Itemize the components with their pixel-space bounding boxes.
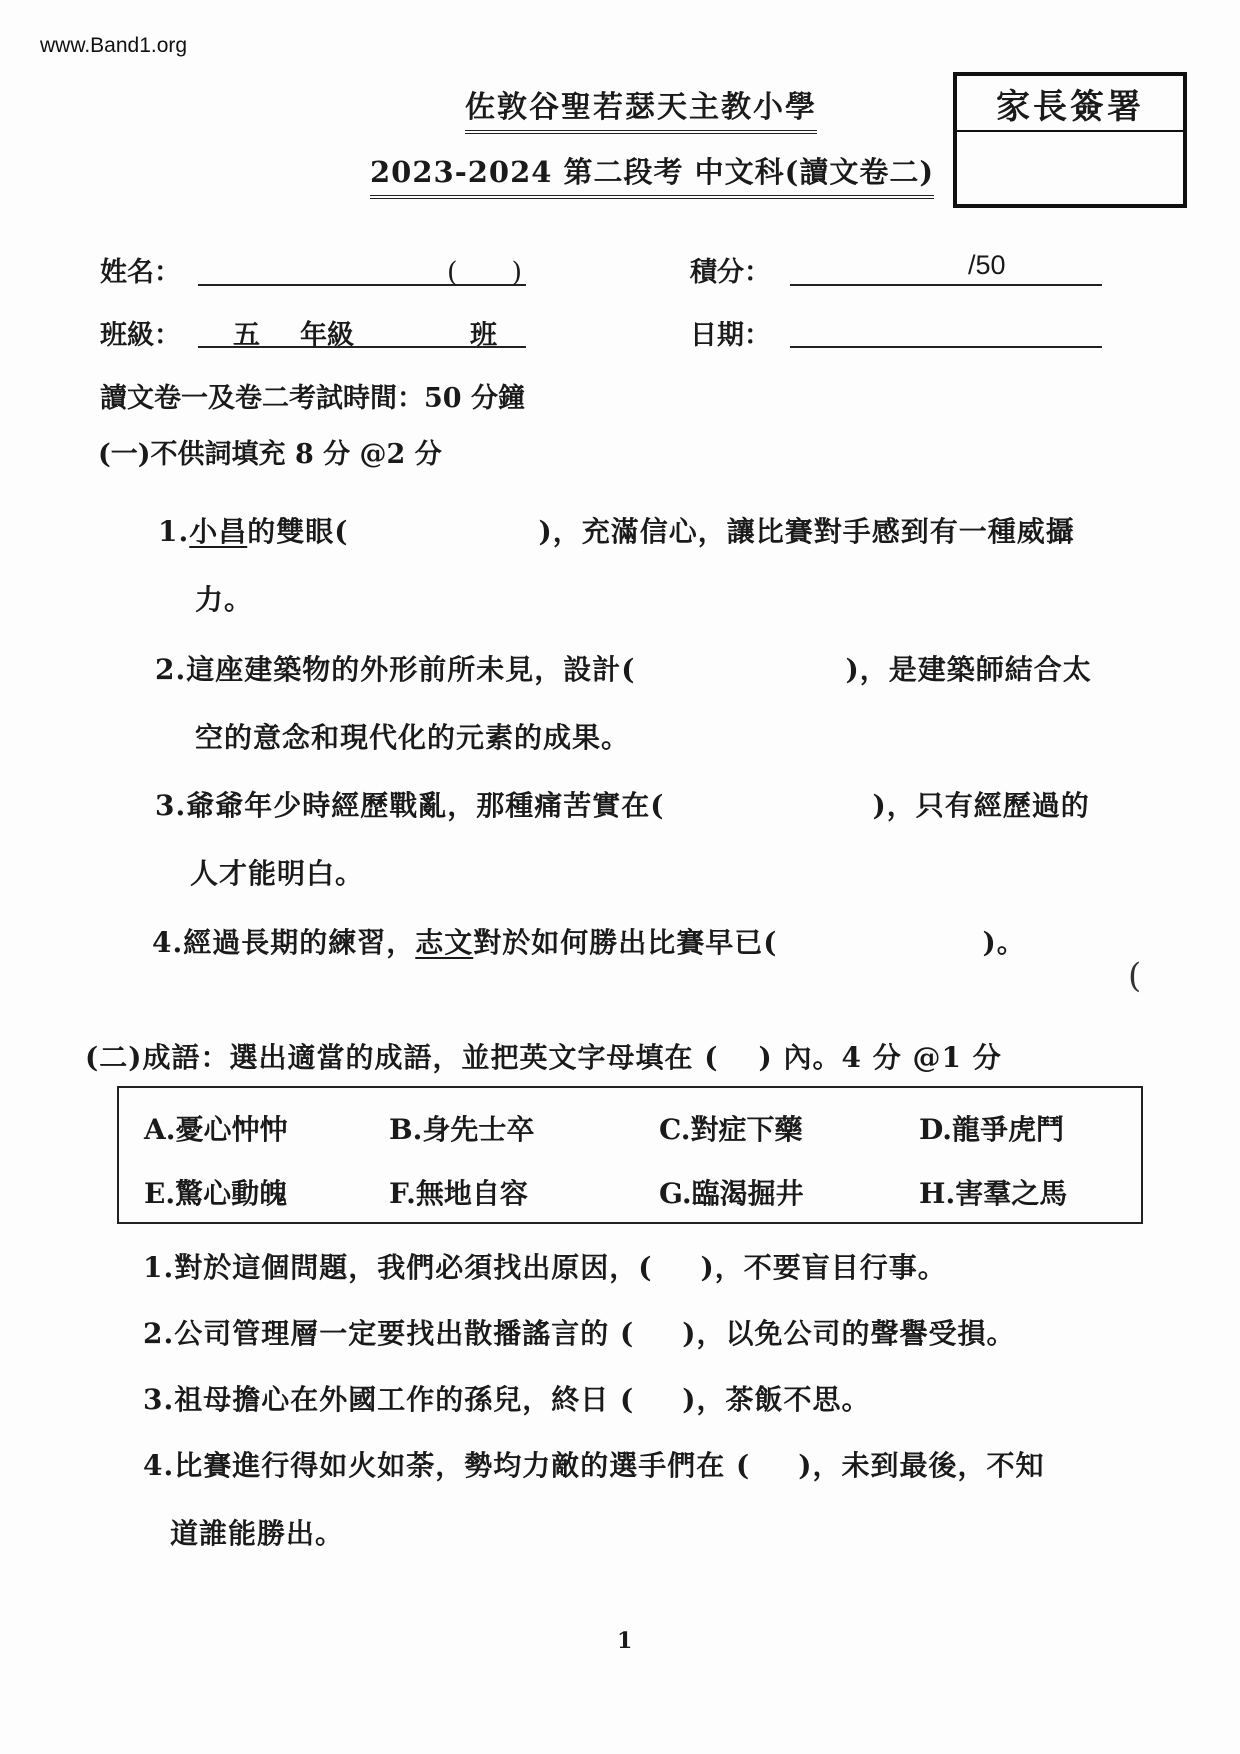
date-label: 日期：: [690, 313, 771, 352]
s1-question-2: 2.這座建築物的外形前所未見，設計()，是建築師結合太: [155, 648, 1092, 688]
exam-title: 2023-2024 第二段考 中文科(讀文卷二): [370, 150, 934, 199]
class-number-brackets: ( ): [447, 250, 522, 289]
stray-bracket-mark: (: [1128, 956, 1141, 996]
idiom-option-b: B.身先士卒: [389, 1108, 534, 1148]
class-grade: 五: [233, 313, 260, 352]
class-suffix: 班: [470, 313, 497, 352]
score-label: 積分：: [690, 250, 771, 289]
s2-question-3: 3.祖母擔心在外國工作的孫兒，終日 ()，茶飯不思。: [143, 1378, 870, 1418]
score-field[interactable]: [790, 254, 1102, 286]
idiom-option-f: F.無地自容: [389, 1172, 528, 1212]
underlined-name: 志文: [415, 926, 473, 959]
s2-question-4: 4.比賽進行得如火如荼，勢均力敵的選手們在 ()，未到最後，不知: [143, 1444, 1044, 1484]
s1-question-1-cont: 力。: [195, 578, 253, 618]
name-label: 姓名：: [100, 250, 181, 289]
idiom-option-a: A.憂心忡忡: [144, 1108, 288, 1148]
s1-question-1: 1.小昌的雙眼()，充滿信心，讓比賽對手感到有一種威攝: [158, 510, 1075, 550]
class-label: 班級：: [100, 313, 181, 352]
exam-time: 讀文卷一及卷二考試時間：50 分鐘: [100, 376, 525, 415]
school-name: 佐敦谷聖若瑟天主教小學: [465, 82, 817, 134]
section2-heading: (二)成語：選出適當的成語，並把英文字母填在 () 內。4 分 @1 分: [85, 1036, 1002, 1076]
watermark: www.Band1.org: [40, 34, 187, 58]
parent-signature-box: 家長簽署: [953, 72, 1187, 208]
s1-question-4: 4.經過長期的練習，志文對於如何勝出比賽早已()。: [152, 921, 1026, 961]
idiom-option-h: H.害羣之馬: [919, 1172, 1067, 1212]
idiom-option-d: D.龍爭虎鬥: [919, 1108, 1064, 1148]
idiom-option-g: G.臨渴掘井: [659, 1172, 804, 1212]
section1-heading: (一)不供詞填充 8 分 @2 分: [98, 432, 442, 471]
class-grade-suffix: 年級: [300, 313, 354, 352]
idiom-options-box: A.憂心忡忡 B.身先士卒 C.對症下藥 D.龍爭虎鬥 E.驚心動魄 F.無地自…: [117, 1086, 1143, 1224]
idiom-option-c: C.對症下藥: [659, 1108, 803, 1148]
s1-question-3: 3.爺爺年少時經歷戰亂，那種痛苦實在()，只有經歷過的: [155, 784, 1090, 824]
s1-question-3-cont: 人才能明白。: [190, 852, 364, 892]
s2-question-2: 2.公司管理層一定要找出散播謠言的 ()，以免公司的聲譽受損。: [143, 1312, 1015, 1352]
underlined-name: 小昌: [189, 515, 247, 548]
score-total: /50: [968, 250, 1006, 281]
date-field[interactable]: [790, 316, 1102, 348]
signature-label: 家長簽署: [957, 76, 1183, 132]
idiom-option-e: E.驚心動魄: [144, 1172, 287, 1212]
page-number: 1: [617, 1628, 632, 1654]
s2-question-4-cont: 道誰能勝出。: [170, 1512, 344, 1552]
s2-question-1: 1.對於這個問題，我們必須找出原因，()，不要盲目行事。: [143, 1246, 947, 1286]
signature-field[interactable]: [957, 132, 1183, 204]
s1-question-2-cont: 空的意念和現代化的元素的成果。: [195, 716, 630, 756]
